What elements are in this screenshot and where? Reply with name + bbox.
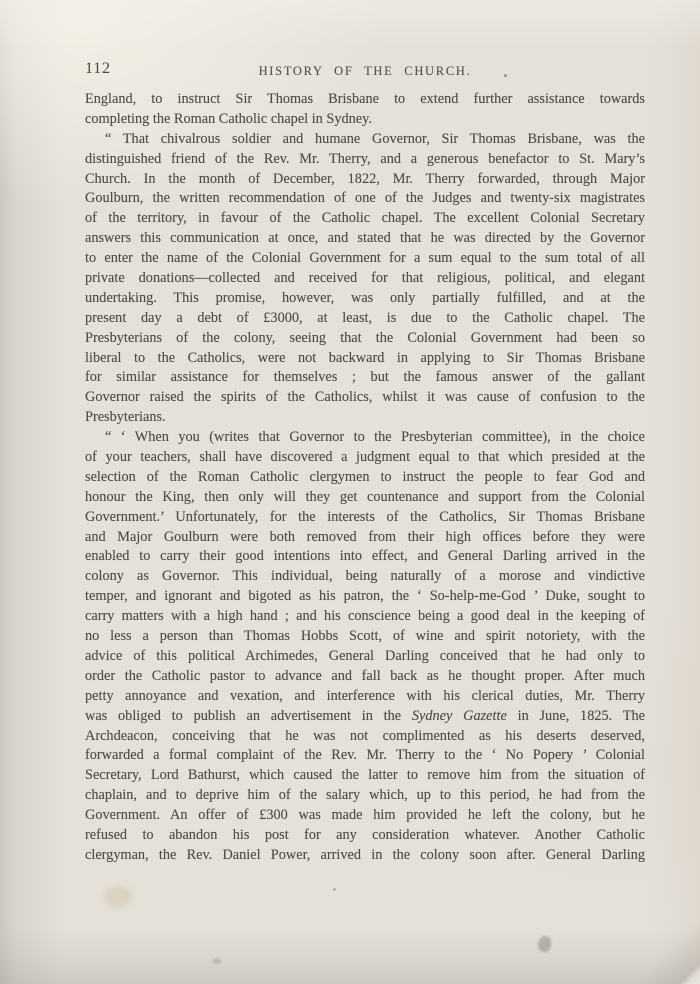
text-line: carry matters with a high hand ; and his… (85, 607, 645, 627)
text-line: Governor raised the spirits of the Catho… (85, 388, 645, 408)
text-line: liberal to the Catholics, were not backw… (85, 349, 645, 369)
text-segment: in June, 1825. The (507, 708, 645, 724)
italic-title-sydney-gazette: Sydney Gazette (412, 708, 507, 724)
text-line: Government. An offer of £300 was made hi… (85, 806, 645, 826)
text-line: for similar assistance for themselves ; … (85, 368, 645, 388)
paper-stain (104, 886, 132, 908)
text-line: clergyman, the Rev. Daniel Power, arrive… (85, 846, 645, 866)
running-header-title: HISTORY OF THE CHURCH. (85, 64, 645, 79)
text-line: answers this communication at once, and … (85, 229, 645, 249)
paper-stain (538, 936, 551, 952)
paper-stain (333, 888, 336, 891)
text-line: Archdeacon, conceiving that he was not c… (85, 727, 645, 747)
text-line: of your teachers, shall have discovered … (85, 448, 645, 468)
text-line: to enter the name of the Colonial Govern… (85, 249, 645, 269)
text-line: selection of the Roman Catholic clergyme… (85, 468, 645, 488)
text-line: honour the King, then only will they get… (85, 488, 645, 508)
text-line: undertaking. This promise, however, was … (85, 289, 645, 309)
text-line: completing the Roman Catholic chapel in … (85, 110, 645, 130)
text-line: colony as Governor. This individual, bei… (85, 567, 645, 587)
text-line: petty annoyance and vexation, and interf… (85, 687, 645, 707)
text-line: forwarded a formal complaint of the Rev.… (85, 746, 645, 766)
text-line: “ ‘ When you (writes that Governor to th… (85, 428, 645, 448)
text-line: Government.’ Unfortunately, for the inte… (85, 508, 645, 528)
text-line: enabled to carry their good intentions i… (85, 547, 645, 567)
text-line: refused to abandon his post for any cons… (85, 826, 645, 846)
text-line: Goulburn, the written recommendation of … (85, 189, 645, 209)
text-line: Presbyterians of the colony, seeing that… (85, 329, 645, 349)
text-segment: was obliged to publish an advertisement … (85, 708, 412, 724)
body-text: England, to instruct Sir Thomas Brisbane… (85, 90, 645, 866)
text-line: private donations—collected and received… (85, 269, 645, 289)
text-line: order the Catholic pastor to advance and… (85, 667, 645, 687)
text-line: was obliged to publish an advertisement … (85, 707, 645, 727)
paper-stain (213, 958, 221, 964)
text-line: present day a debt of £3000, at least, i… (85, 309, 645, 329)
text-line: distinguished friend of the Rev. Mr. The… (85, 150, 645, 170)
text-line: England, to instruct Sir Thomas Brisbane… (85, 90, 645, 110)
page-header: 112 HISTORY OF THE CHURCH. (85, 60, 645, 82)
text-line: Presbyterians. (85, 408, 645, 428)
text-line: no less a person than Thomas Hobbs Scott… (85, 627, 645, 647)
text-line: Church. In the month of December, 1822, … (85, 170, 645, 190)
text-line: of the territory, in favour of the Catho… (85, 209, 645, 229)
text-line: “ That chivalrous soldier and humane Gov… (85, 130, 645, 150)
text-line: advice of this political Archimedes, Gen… (85, 647, 645, 667)
text-line: chaplain, and to deprive him of the sala… (85, 786, 645, 806)
text-line: temper, and ignorant and bigoted as his … (85, 587, 645, 607)
text-line: and Major Goulburn were both removed fro… (85, 528, 645, 548)
text-line: Secretary, Lord Bathurst, which caused t… (85, 766, 645, 786)
scanned-book-page: 112 HISTORY OF THE CHURCH. England, to i… (0, 0, 700, 984)
